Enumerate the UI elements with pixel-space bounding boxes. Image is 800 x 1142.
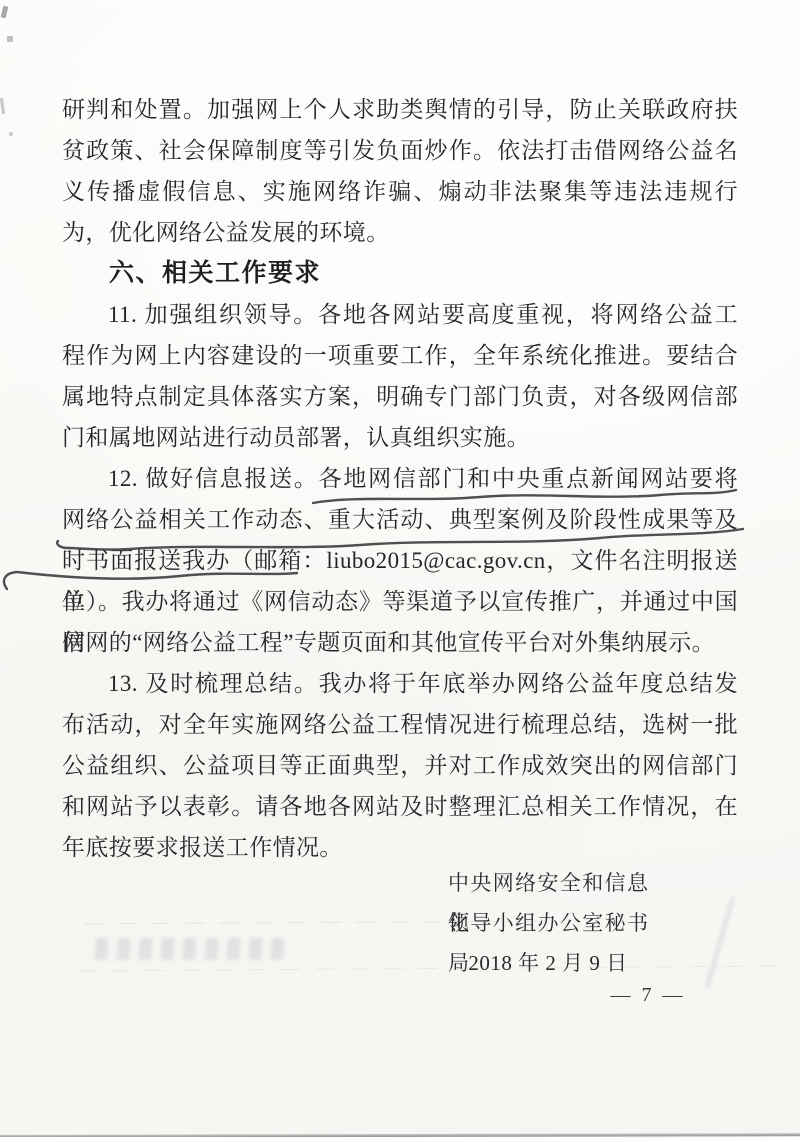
text-line: 13. 及时梳理总结。我办将于年底举办网络公益年度总结发 xyxy=(62,663,738,704)
text-line: 年底按要求报送工作情况。 xyxy=(62,827,738,868)
scan-edge-margin xyxy=(0,1137,800,1142)
text-line: 为，优化网络公益发展的环境。 xyxy=(62,212,738,253)
text-line: 程作为网上内容建设的一项重要工作，全年系统化推进。要结合 xyxy=(62,335,738,376)
text-line: 和网站予以表彰。请各地各网站及时整理汇总相关工作情况，在 xyxy=(62,786,738,827)
text-line: 12. 做好信息报送。各地网信部门和中央重点新闻网站要将 xyxy=(62,458,738,499)
signature-org-line-2: 领导小组办公室秘书局 xyxy=(448,903,648,943)
paper-crease xyxy=(703,896,737,990)
text-line: 布活动，对全年实施网络公益工程情况进行梳理总结，选树一批 xyxy=(62,704,738,745)
text-line: 位）。我办将通过《网信动态》等渠道予以宣传推广，并通过中国网 xyxy=(62,581,738,622)
signature-org-line-1: 中央网络安全和信息化 xyxy=(448,863,648,903)
text-line: 属地特点制定具体落实方案，明确专门部门负责，对各级网信部 xyxy=(62,376,738,417)
text-line: 11. 加强组织领导。各地各网站要高度重视，将网络公益工 xyxy=(62,294,738,335)
scan-speck xyxy=(7,36,13,42)
page-number: — 7 — xyxy=(596,984,700,1007)
text-line: 义传播虚假信息、实施网络诈骗、煽动非法聚集等违法违规行 xyxy=(62,171,738,212)
paragraph-item-11: 11. 加强组织领导。各地各网站要高度重视，将网络公益工 程作为网上内容建设的一… xyxy=(62,294,738,458)
scan-speck xyxy=(0,98,5,114)
ink-bleed-through xyxy=(87,938,285,960)
text-line: 门和属地网站进行动员部署，认真组织实施。 xyxy=(62,417,738,458)
paragraph-item-12: 12. 做好信息报送。各地网信部门和中央重点新闻网站要将 网络公益相关工作动态、… xyxy=(62,458,738,663)
paper-crease xyxy=(78,966,778,972)
signature-date: 2018 年 2 月 9 日 xyxy=(448,943,648,983)
section-heading: 六、相关工作要求 xyxy=(62,253,738,294)
paragraph-intro-continuation: 研判和处置。加强网上个人求助类舆情的引导，防止关联政府扶 贫政策、社会保障制度等… xyxy=(62,89,738,253)
scanned-document-page: 研判和处置。加强网上个人求助类舆情的引导，防止关联政府扶 贫政策、社会保障制度等… xyxy=(0,0,800,1142)
text-line-with-email: 时书面报送我办（邮箱：liubo2015@cac.gov.cn，文件名注明报送单 xyxy=(62,540,738,581)
text-line: 网络公益相关工作动态、重大活动、典型案例及阶段性成果等及 xyxy=(62,499,738,540)
scan-speck xyxy=(1,6,9,19)
text-line: 贫政策、社会保障制度等引发负面炒作。依法打击借网络公益名 xyxy=(62,130,738,171)
paragraph-item-13: 13. 及时梳理总结。我办将于年底举办网络公益年度总结发 布活动，对全年实施网络… xyxy=(62,663,738,868)
text-line: 信网的“网络公益工程”专题页面和其他宣传平台对外集纳展示。 xyxy=(62,622,738,663)
text-line: 研判和处置。加强网上个人求助类舆情的引导，防止关联政府扶 xyxy=(62,89,738,130)
signature-block: 中央网络安全和信息化 领导小组办公室秘书局 2018 年 2 月 9 日 xyxy=(448,863,648,983)
text-line: 公益组织、公益项目等正面典型，并对工作成效突出的网信部门 xyxy=(62,745,738,786)
document-body: 研判和处置。加强网上个人求助类舆情的引导，防止关联政府扶 贫政策、社会保障制度等… xyxy=(62,89,738,868)
scan-speck xyxy=(9,132,13,136)
